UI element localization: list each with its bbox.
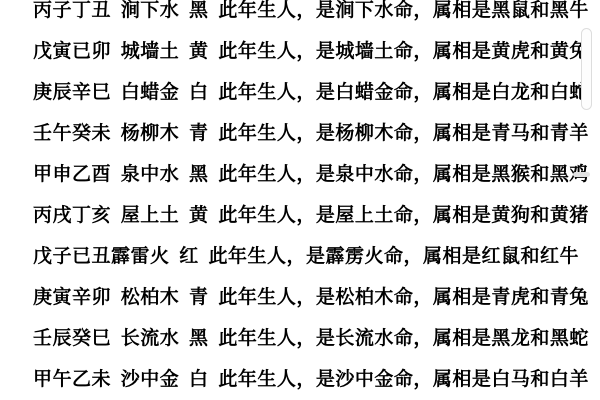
scroll-indicator-pill [573,172,590,177]
vertical-scrollbar-thumb[interactable] [581,28,592,110]
nayin-text-line: 丙子丁丑 涧下水 黑 此年生人，是涧下水命，属相是黑鼠和黑牛 [33,0,580,31]
nayin-text-line: 戊子已丑霹雷火 红 此年生人，是霹雳火命，属相是红鼠和红牛 [33,236,580,277]
nayin-text-line: 戊寅已卯 城墙土 黄 此年生人，是城墙土命，属相是黄虎和黄兔 [33,31,580,72]
nayin-text-line: 庚寅辛卯 松柏木 青 此年生人，是松柏木命，属相是青虎和青兔 [33,277,580,318]
page: 丙子丁丑 涧下水 黑 此年生人，是涧下水命，属相是黑鼠和黑牛戊寅已卯 城墙土 黄… [0,0,600,400]
nayin-text-line: 丙戌丁亥 屋上土 黄 此年生人，是屋上土命，属相是黄狗和黄猪 [33,195,580,236]
nayin-text-line: 壬午癸未 杨柳木 青 此年生人，是杨柳木命，属相是青马和青羊 [33,113,580,154]
nayin-text-line: 甲申乙酉 泉中水 黑 此年生人，是泉中水命，属相是黑猴和黑鸡 [33,154,580,195]
document-body: 丙子丁丑 涧下水 黑 此年生人，是涧下水命，属相是黑鼠和黑牛戊寅已卯 城墙土 黄… [33,0,580,400]
nayin-text-line: 壬辰癸巳 长流水 黑 此年生人，是长流水命，属相是黑龙和黑蛇 [33,318,580,359]
nayin-text-line: 甲午乙未 沙中金 白 此年生人，是沙中金命，属相是白马和白羊 [33,359,580,400]
nayin-text-line: 庚辰辛巳 白蜡金 白 此年生人，是白蜡金命，属相是白龙和白蛇 [33,72,580,113]
